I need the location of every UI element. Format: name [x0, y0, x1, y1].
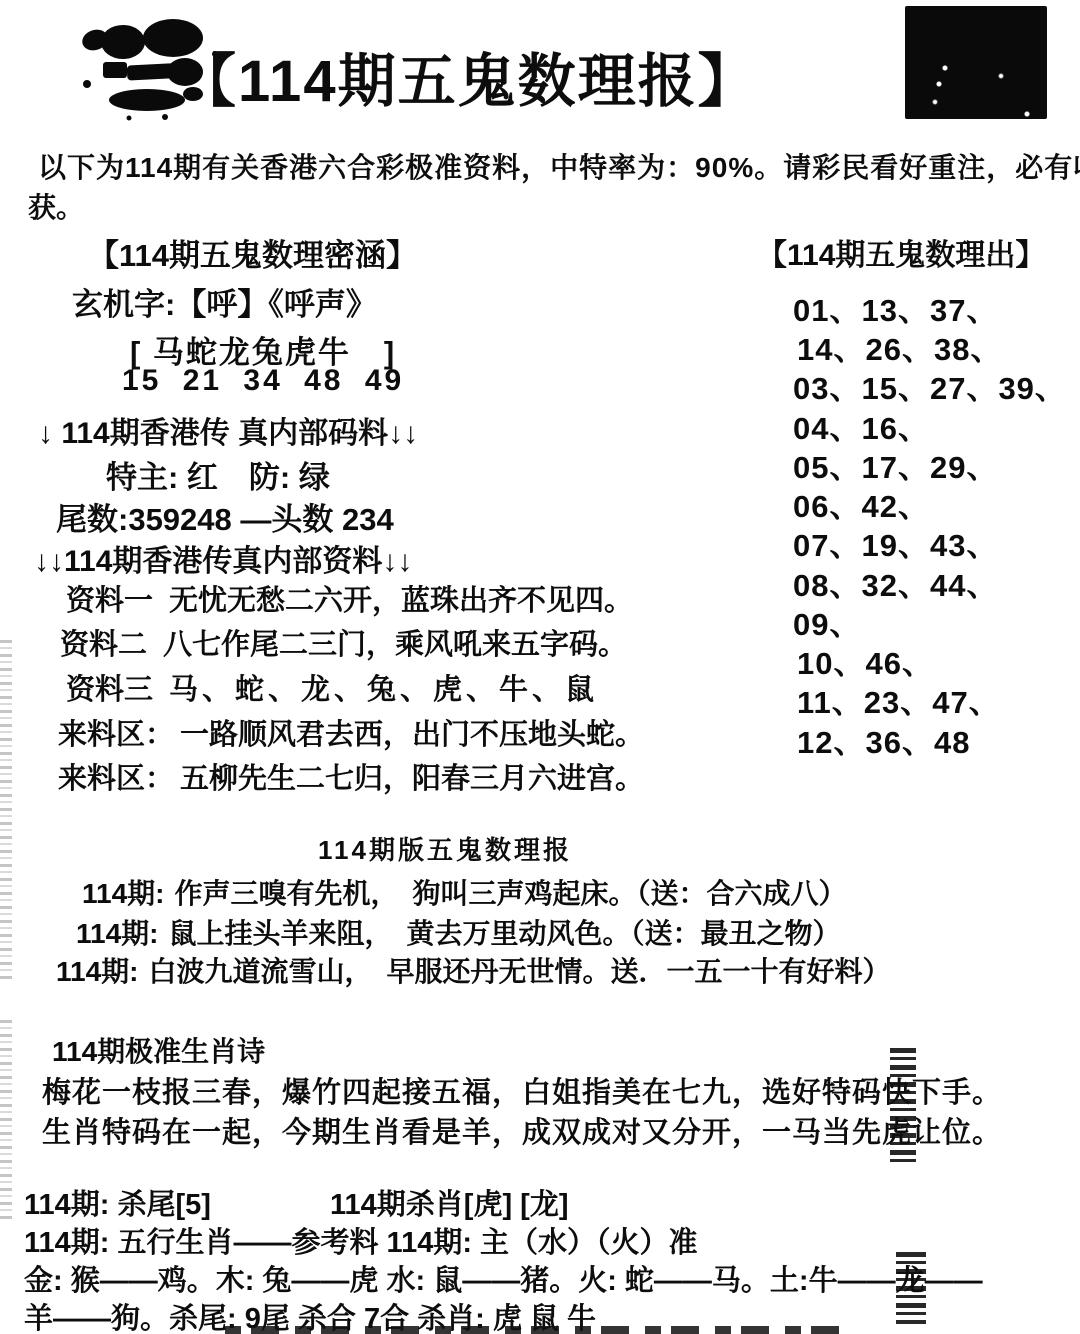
mid-line-text: 白波九道流雪山， 早服还丹无世情。送．一五一十有好料） — [149, 950, 891, 990]
five-elements-pairs-line-1: 金: 猴——鸡。木: 兔——虎 水: 鼠——猪。火: 蛇——马。土:牛——龙—— — [24, 1258, 983, 1299]
scan-margin-artifact — [0, 640, 12, 980]
ziliao-row-2: 资料二 八七作尾二三门，乘风吼来五字码。 — [60, 622, 627, 663]
lailiao-text: 五柳先生二七归，阳春三月六进宫。 — [180, 756, 644, 797]
number-row-11: 11、23、47、 — [797, 677, 1001, 722]
kill-zodiac-line: 114期杀肖[虎] [龙] — [330, 1182, 568, 1223]
overprint-smudge-artifact — [890, 1048, 916, 1166]
ink-block-image — [905, 6, 1047, 119]
zodiac-poem-title: 114期极准生肖诗 — [52, 1030, 265, 1070]
ziliao-row-1: 资料一 无忧无愁二六开，蓝珠出齐不见四。 — [66, 578, 633, 619]
cutoff-text-artifact — [225, 1326, 845, 1334]
ziliao-label: 资料一 — [66, 578, 153, 619]
mid-line-text: 鼠上挂头羊来阻， 黄去万里动风色。（送：最丑之物） — [169, 912, 841, 952]
lailiao-label: 来料区： — [58, 756, 174, 797]
scanned-lottery-sheet: 【114期五鬼数理报】 以下为114期有关香港六合彩极准资料，中特率为：90%。… — [0, 0, 1080, 1334]
right-section-header: 【114期五鬼数理出】 — [757, 230, 1045, 274]
number-row-12: 12、36、48 — [797, 717, 970, 762]
weishu-toushu-line: 尾数:359248 —头数 234 — [56, 494, 394, 539]
ziliao-label: 资料三 — [66, 667, 153, 708]
hk-inside-codes-header: ↓ 114期香港传 真内部码料↓↓ — [38, 408, 418, 452]
ziliao-label: 资料二 — [60, 622, 147, 663]
mid-line-text: 作声三嗅有先机， 狗叫三声鸡起床。（送：合六成八） — [175, 872, 847, 912]
kill-tail-line: 114期: 杀尾[5] — [24, 1182, 211, 1223]
lailiao-row-2: 来料区： 五柳先生二七归，阳春三月六进宫。 — [58, 756, 644, 797]
five-elements-header-line: 114期: 五行生肖——参考料 114期: 主（水）（火）准 — [24, 1220, 698, 1261]
lailiao-label: 来料区： — [58, 712, 174, 753]
scan-margin-artifact — [0, 1020, 12, 1220]
issue-label: 114期: — [76, 912, 159, 952]
ziliao-row-3: 资料三 马、蛇、龙、兔、虎、牛、鼠 — [66, 667, 598, 708]
ziliao-text: 八七作尾二三门，乘风吼来五字码。 — [163, 622, 627, 663]
ziliao-text: 无忧无愁二六开，蓝珠出齐不见四。 — [169, 578, 633, 619]
tezhu-fang-line: 特主: 红 防: 绿 — [106, 452, 330, 497]
number-row-3: 03、15、27、39、 — [793, 363, 1067, 408]
mid-line-1: 114期: 作声三嗅有先机， 狗叫三声鸡起床。（送：合六成八） — [82, 872, 847, 912]
intro-line-2: 获。 — [28, 186, 84, 226]
left-section-header: 【114期五鬼数理密涵】 — [88, 230, 417, 275]
zodiac-poem-line-2: 生肖特码在一起，今期生肖看是羊，成双成对又分开，一马当先虎让位。 — [42, 1110, 1002, 1151]
hk-inside-info-header: ↓↓114期香港传真内部资料↓↓ — [34, 536, 412, 580]
mystery-word-line: 玄机字:【呼】《呼声》 — [72, 279, 377, 324]
number-row-7: 07、19、43、 — [793, 520, 998, 565]
issue-label: 114期: — [56, 950, 139, 990]
mid-line-2: 114期: 鼠上挂头羊来阻， 黄去万里动风色。（送：最丑之物） — [76, 912, 841, 952]
mid-line-3: 114期: 白波九道流雪山， 早服还丹无世情。送．一五一十有好料） — [56, 950, 891, 990]
page-title: 【114期五鬼数理报】 — [178, 34, 758, 118]
lucky-numbers-line: 15 21 34 48 49 — [122, 364, 404, 398]
issue-label: 114期: — [82, 872, 165, 912]
mid-section-title: 114期版五鬼数理报 — [318, 830, 572, 867]
lailiao-text: 一路顺风君去西，出门不压地头蛇。 — [180, 712, 644, 753]
ziliao-text: 马、蛇、龙、兔、虎、牛、鼠 — [169, 667, 598, 708]
lailiao-row-1: 来料区： 一路顺风君去西，出门不压地头蛇。 — [58, 712, 644, 753]
intro-line-1: 以下为114期有关香港六合彩极准资料，中特率为：90%。请彩民看好重注，必有收 — [38, 146, 1080, 186]
zodiac-poem-line-1: 梅花一枝报三春，爆竹四起接五福，白姐指美在七九，选好特码快下手。 — [42, 1070, 1002, 1111]
